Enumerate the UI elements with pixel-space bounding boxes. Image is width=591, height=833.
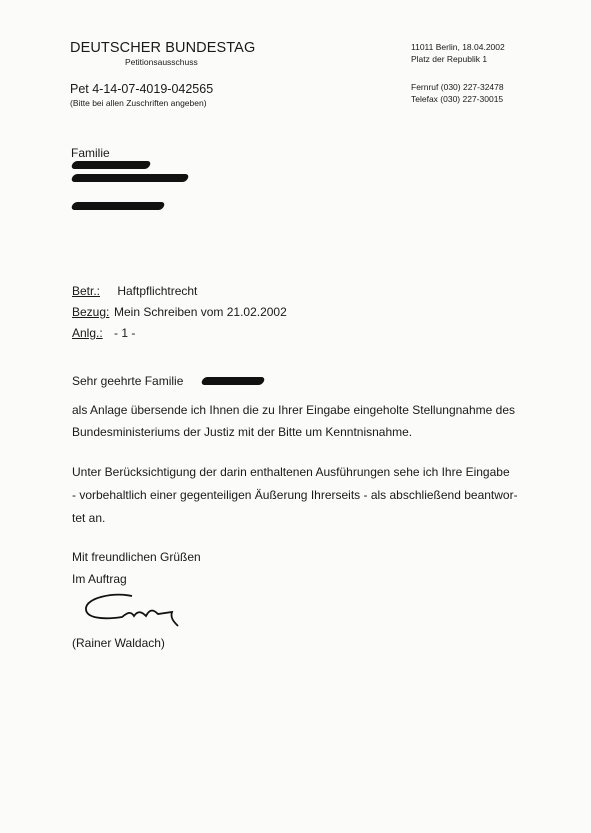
- paragraph1-line1: als Anlage übersende ich Ihnen die zu Ih…: [72, 403, 515, 417]
- reference-line: Bezug:Mein Schreiben vom 21.02.2002: [72, 305, 287, 319]
- city-date: 11011 Berlin, 18.04.2002: [411, 42, 505, 52]
- bezug-value: Mein Schreiben vom 21.02.2002: [114, 305, 287, 319]
- salutation: Sehr geehrte Familie: [72, 374, 183, 388]
- sender-address: Platz der Republik 1: [411, 54, 487, 64]
- redacted-salutation-name: [201, 377, 266, 385]
- letter-page: { "header": { "organization": "DEUTSCHER…: [0, 0, 591, 833]
- phone-number: Fernruf (030) 227-32478: [411, 82, 504, 92]
- redacted-city: [71, 202, 166, 210]
- organization-name: DEUTSCHER BUNDESTAG: [70, 40, 255, 56]
- recipient-family: Familie: [71, 146, 110, 160]
- subject-line: Betr.: Haftpflichtrecht: [72, 284, 197, 298]
- signer-name: (Rainer Waldach): [72, 636, 165, 650]
- paragraph2-line2: - vorbehaltlich einer gegenteiligen Äuße…: [72, 488, 518, 502]
- paragraph2-line1: Unter Berücksichtigung der darin enthalt…: [72, 465, 510, 479]
- betr-value: Haftpflichtrecht: [117, 284, 197, 298]
- paragraph2-line3: tet an.: [72, 511, 105, 525]
- anlg-label: Anlg.:: [72, 326, 114, 340]
- im-auftrag: Im Auftrag: [72, 572, 127, 586]
- petition-reference: Pet 4-14-07-4019-042565: [70, 82, 213, 96]
- fax-number: Telefax (030) 227-30015: [411, 94, 503, 104]
- paragraph1-line2: Bundesministeriums der Justiz mit der Bi…: [72, 425, 412, 439]
- reference-note: (Bitte bei allen Zuschriften angeben): [70, 98, 207, 108]
- redacted-street: [71, 174, 190, 182]
- closing-greeting: Mit freundlichen Grüßen: [72, 550, 201, 564]
- department-name: Petitionsausschuss: [125, 57, 198, 67]
- bezug-label: Bezug:: [72, 305, 114, 319]
- redacted-name: [71, 161, 152, 169]
- betr-label: Betr.:: [72, 284, 114, 298]
- attachment-line: Anlg.:- 1 -: [72, 326, 135, 340]
- signature-icon: [82, 590, 182, 630]
- anlg-value: - 1 -: [114, 326, 135, 340]
